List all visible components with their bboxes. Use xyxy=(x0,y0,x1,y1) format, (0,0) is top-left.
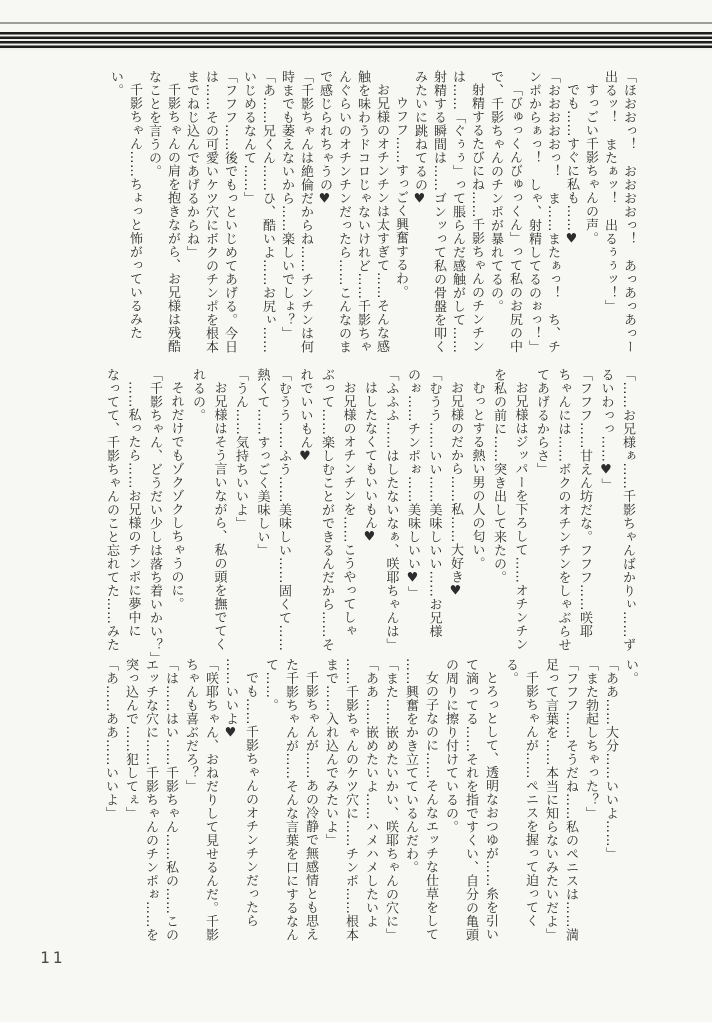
text-line: お兄様のだから……私……大好き♥ xyxy=(445,368,467,650)
text-line: 「咲耶ちゃん、おねだりして見せるんだ。千影 xyxy=(200,658,220,946)
text-line: でも……すぐに私も……♥ xyxy=(562,70,581,356)
page-top-edge-stripes xyxy=(0,32,712,50)
text-line: れるの。 xyxy=(187,368,209,650)
text-line: 女の子なのに……そんなエッチな仕草をして xyxy=(420,658,440,946)
text-block-1: 「ほおおっ！ おおおおっ！ あっあっあっー出るッ！ またぁッ！ 出るぅぅッ！」す… xyxy=(106,70,638,356)
text-line: 触を味わうドコロじゃないけれど……千影ちゃ xyxy=(353,70,372,356)
text-line: までねじ込んであげるからね」 xyxy=(182,70,201,356)
text-line: 熱くて……すっごく美味しい」 xyxy=(251,368,273,650)
text-line: ちゃんも喜ぶだろ？」 xyxy=(180,658,200,946)
text-line: 「フフフ……後でもっといじめてあげる。今日 xyxy=(220,70,239,356)
text-line: むっとする熱い男の人の匂い。 xyxy=(466,368,488,650)
text-line: 時までも萎えないから……楽しいでしょ？」 xyxy=(277,70,296,356)
text-line: はしたなくてもいいもん♥ xyxy=(359,368,381,650)
text-line: 射精するたびにね……千影ちゃんのチンチン xyxy=(467,70,486,356)
text-line: ぶって……楽しむことができるんだから……そ xyxy=(316,368,338,650)
text-line: んぐらいのオチンチンだったら……こんなのま xyxy=(334,70,353,356)
text-line: 「ふふふ……はしたないなぁ、咲耶ちゃんは」 xyxy=(380,368,402,650)
text-line: で感じられちゃうの♥ xyxy=(315,70,334,356)
text-line: 「……お兄様ぁ……千影ちゃんばかりぃ……ず xyxy=(617,368,639,650)
text-line: れでいいもん♥ xyxy=(294,368,316,650)
text-line: 「フフフ……甘えん坊だな。フフフ……咲耶 xyxy=(574,368,596,650)
text-block-2: 「……お兄様ぁ……千影ちゃんばかりぃ……ずるいわっっ……♥」「フフフ……甘えん坊… xyxy=(101,368,639,650)
text-line: ……千影ちゃんのケツ穴に……チンポ……根本 xyxy=(340,658,360,946)
text-line: ンポからぁっ！ しゃ、射精してるのぉっ！」 xyxy=(524,70,543,356)
text-block-3: い。「ああ……大分……いいよ……」「また勃起しちゃった？」「フフフ……そうだね…… xyxy=(100,658,640,946)
page-top-edge-line xyxy=(0,22,712,24)
text-line: は……「ぐぅぅ」って脹らんだ感触がして…… xyxy=(448,70,467,356)
text-line: すっごい千影ちゃんの声。 xyxy=(581,70,600,356)
text-line: る。 xyxy=(500,658,520,946)
text-line: でも……千影ちゃんのオチンチンだったら xyxy=(240,658,260,946)
text-line: 「むうう……いい……美味しいい……お兄様 xyxy=(423,368,445,650)
text-line: 「びゅっくんびゅっくん」って私のお尻の中 xyxy=(505,70,524,356)
text-line: 「うん……気持ちいいよ」 xyxy=(230,368,252,650)
text-line: 「ああ……大分……いいよ……」 xyxy=(600,658,620,946)
text-line: 千影ちゃんが……あの冷静で無感情とも思え xyxy=(300,658,320,946)
text-line: お兄様のオチンチンは太すぎて……そんな感 xyxy=(372,70,391,356)
text-line: て……。 xyxy=(260,658,280,946)
text-line: ……私ったら……お兄様のチンポに夢中に xyxy=(122,368,144,650)
text-line: いじめるなんて……」 xyxy=(239,70,258,356)
text-line: 「千影ちゃん、どうだい少しは落ち着いかい？」 xyxy=(144,368,166,650)
text-line: 足って言葉を……本当に知らないみたいだよ」 xyxy=(540,658,560,946)
text-line: ウフフ……すっごく興奮するわ。 xyxy=(391,70,410,356)
text-line: みたいに跳ねてるの♥ xyxy=(410,70,429,356)
text-line: ちゃんには……ボクのオチンチンをしゃぶらせ xyxy=(552,368,574,650)
text-line: それだけでもゾクゾクしちゃうのに。 xyxy=(165,368,187,650)
text-line: 射精する瞬間は……ゴンッって私の骨盤を叩く xyxy=(429,70,448,356)
text-line: のぉ……チンポぉ……美味しいい♥」 xyxy=(402,368,424,650)
text-line: を私の前に……突き出して来たの。 xyxy=(488,368,510,650)
text-line: 突っ込んで……犯してぇ」 xyxy=(120,658,140,946)
text-line: て滴ってる……それを指ですくい、自分の亀頭 xyxy=(460,658,480,946)
text-line: 「あ……兄くん……ひ、酷いよ……お尻ぃ…… xyxy=(258,70,277,356)
text-line: 千影ちゃんが……ペニスを握って迫ってく xyxy=(520,658,540,946)
text-line: で、千影ちゃんのチンポが暴れてるの。 xyxy=(486,70,505,356)
text-line: エッチな穴に……千影ちゃんのチンポぉ……を xyxy=(140,658,160,946)
scanned-page: 「ほおおっ！ おおおおっ！ あっあっあっー出るッ！ またぁッ！ 出るぅぅッ！」す… xyxy=(0,0,712,1022)
text-line: 「千影ちゃんは絶倫だからね……チンチンは何 xyxy=(296,70,315,356)
text-line: なことを言うの。 xyxy=(144,70,163,356)
text-line: ……いいよ♥ xyxy=(220,658,240,946)
text-line: 「あ……ああ……いいよ」 xyxy=(100,658,120,946)
text-line: お兄様はジッパーを下ろして……オチンチン xyxy=(509,368,531,650)
text-line: 「フフフ……そうだね……私のペニスは……満 xyxy=(560,658,580,946)
text-line: 「ああ……嵌めたいよ……ハメハメしたいよ xyxy=(360,658,380,946)
text-line: 「ほおおっ！ おおおおっ！ あっあっあっー xyxy=(619,70,638,356)
text-line: お兄様のオチンチンを……こうやってしゃ xyxy=(337,368,359,650)
text-line: るいわっっ……♥」 xyxy=(595,368,617,650)
text-line: 「また勃起しちゃった？」 xyxy=(580,658,600,946)
page-number: 11 xyxy=(40,948,65,967)
text-line: い。 xyxy=(106,70,125,356)
text-line: 「むうう……ふう……美味しい……固くて…… xyxy=(273,368,295,650)
text-line: とろっとして、透明なおつゆが……糸を引い xyxy=(480,658,500,946)
text-line: なってて、千影ちゃんのこと忘れてた……みた xyxy=(101,368,123,650)
text-line: の周りに擦り付けているの。 xyxy=(440,658,460,946)
text-line: 出るッ！ またぁッ！ 出るぅぅッ！」 xyxy=(600,70,619,356)
text-line: まで……入れ込んでみたいよ」 xyxy=(320,658,340,946)
text-line: 「おおおおおっ！ ま……またぁっ！ ち、チ xyxy=(543,70,562,356)
text-line: 千影ちゃん……ちょっと怖がっているみた xyxy=(125,70,144,356)
text-line: 「は……はい……千影ちゃん……私の……この xyxy=(160,658,180,946)
text-line: てあげるからさ」 xyxy=(531,368,553,650)
text-line: 千影ちゃんの肩を抱きながら、お兄様は残酷 xyxy=(163,70,182,356)
text-line: は……その可愛いケツ穴にボクのチンポを根本 xyxy=(201,70,220,356)
text-line: 「また……嵌めたいかい、咲耶ちゃんの穴に」 xyxy=(380,658,400,946)
text-line: い。 xyxy=(620,658,640,946)
text-line: た千影ちゃんが……そんな言葉を口にするなん xyxy=(280,658,300,946)
text-line: ……興奮をかき立てているんだわ。 xyxy=(400,658,420,946)
text-line: お兄様はそう言いながら、私の頭を撫でてく xyxy=(208,368,230,650)
